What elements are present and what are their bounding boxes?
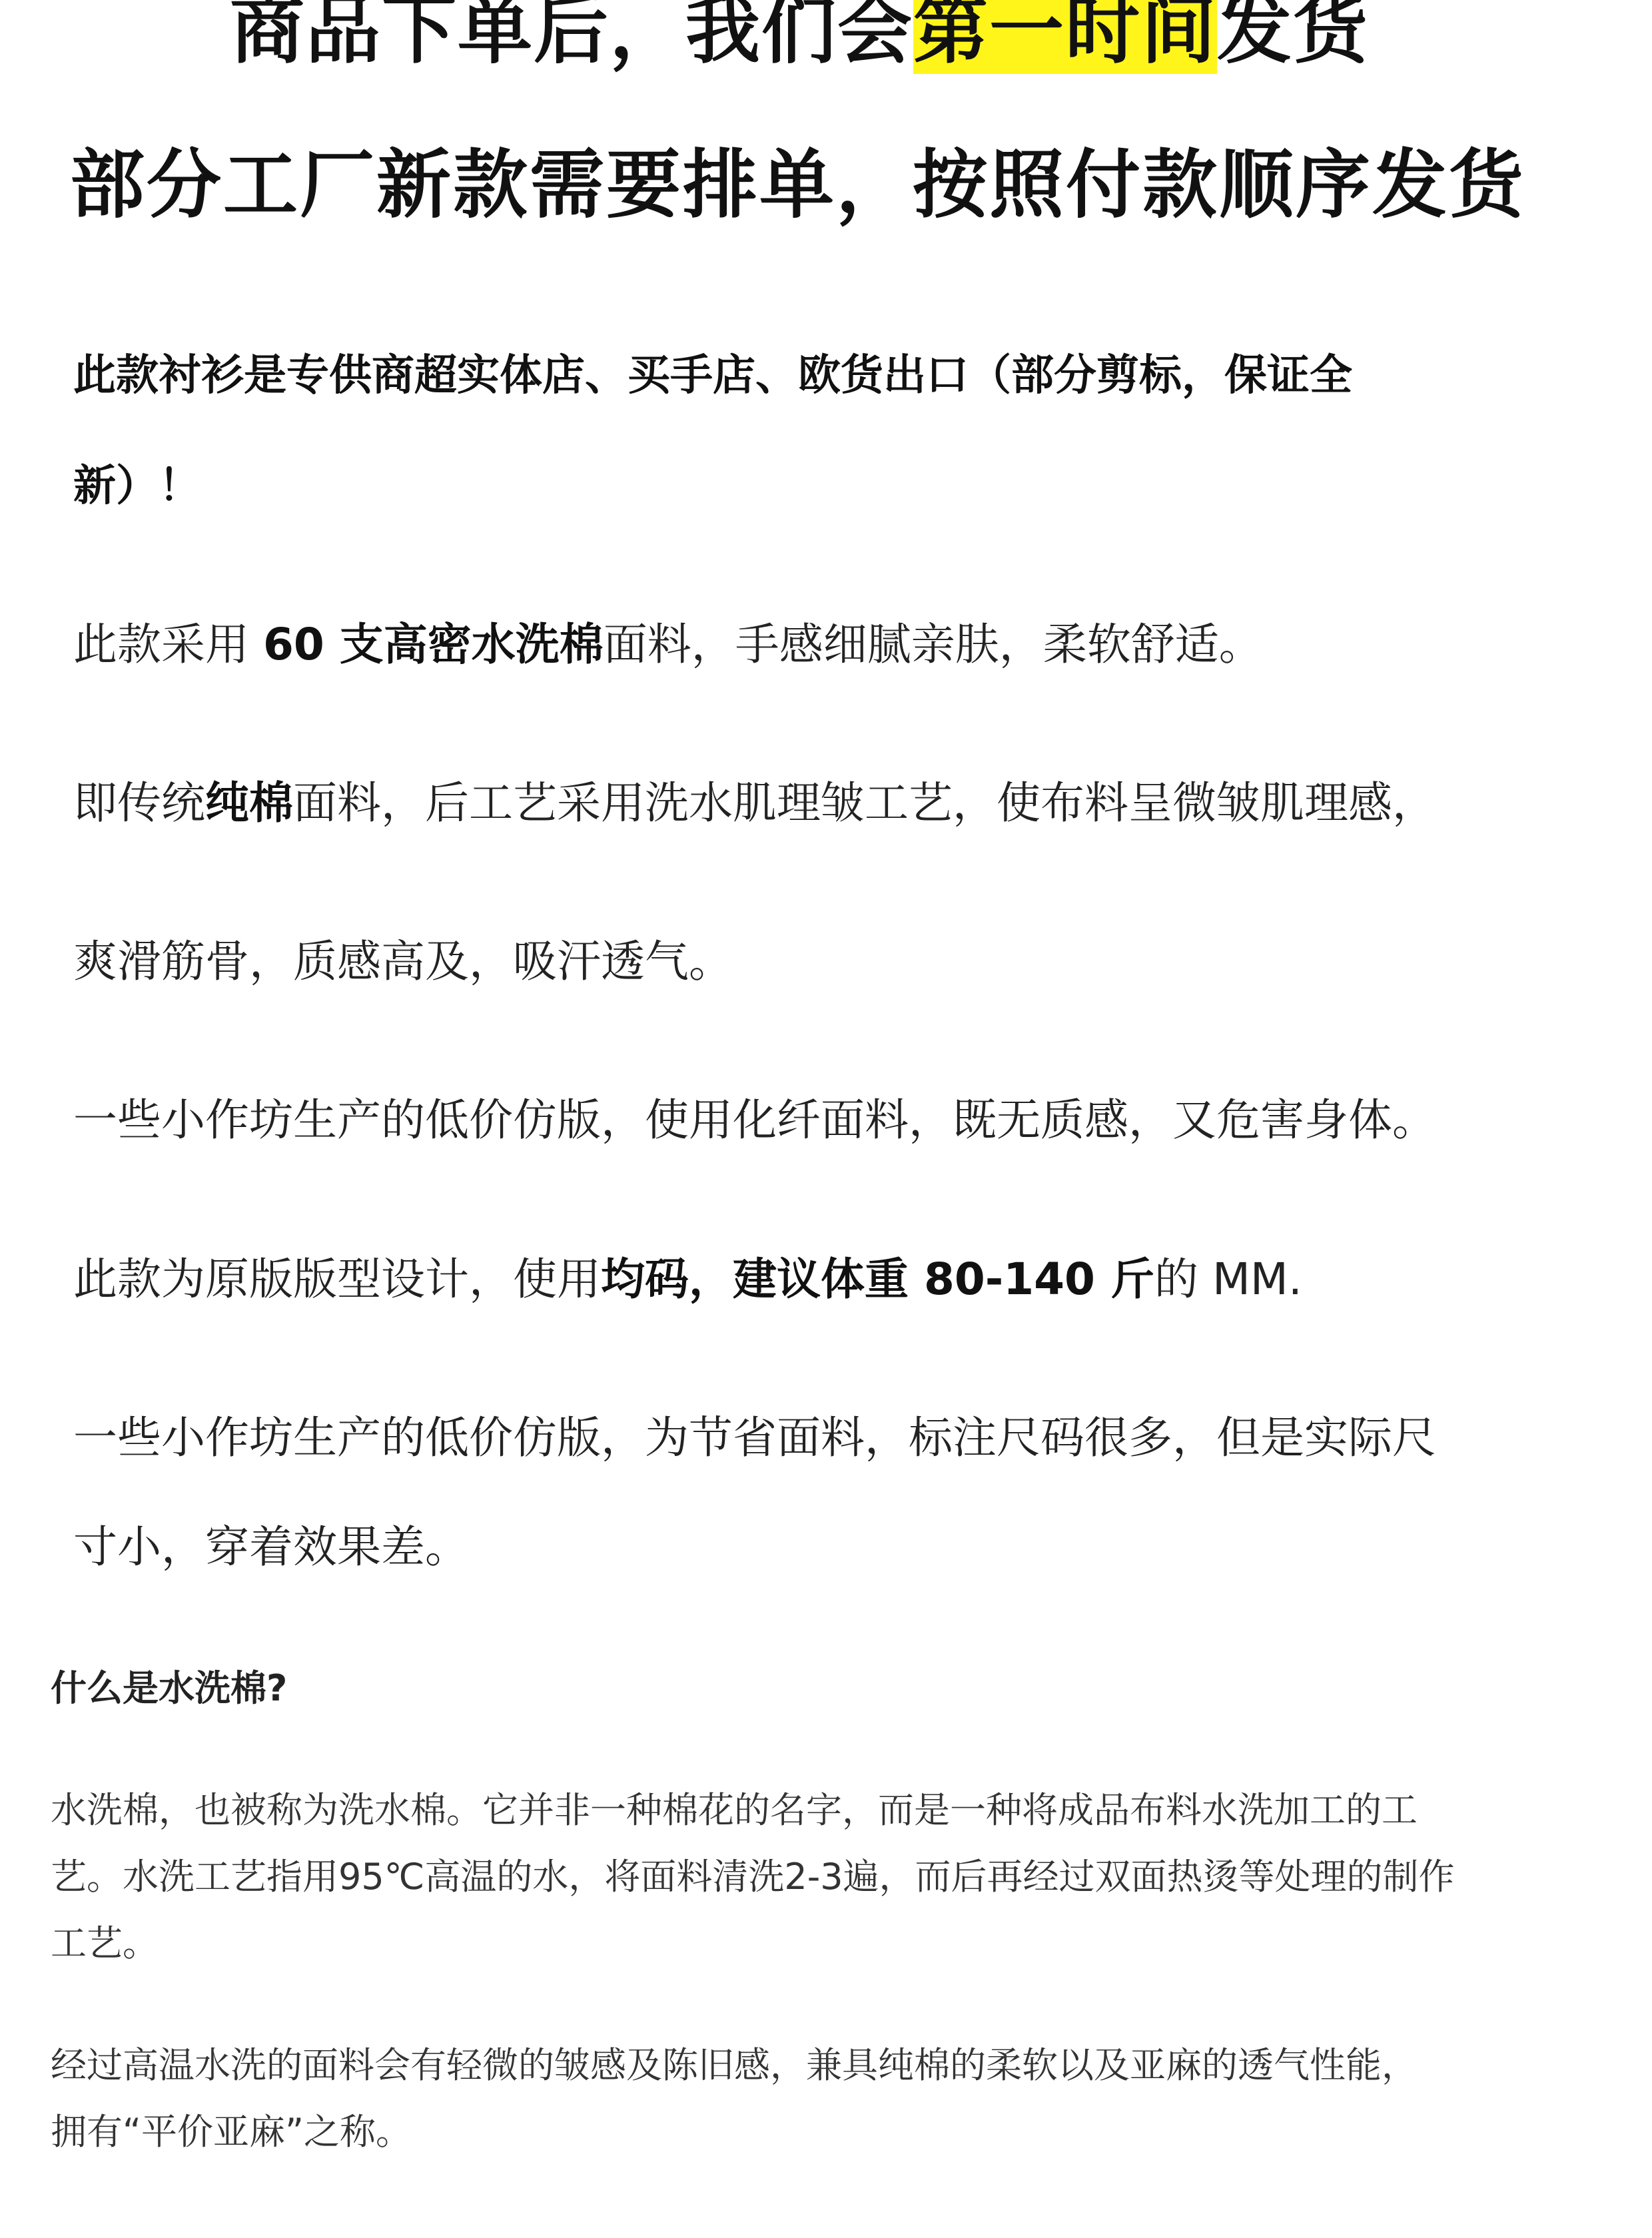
- headline-shipping-text-end: 发货: [1217, 0, 1369, 74]
- fabric-bold: 60 支高密水洗棉: [263, 619, 604, 670]
- intro-line-1: 此款衬衫是专供商超实体店、买手店、欧货出口（部分剪标，保证全: [73, 349, 1352, 402]
- fabric-paragraph-2: 即传统纯棉面料，后工艺采用洗水肌理皱工艺，使布料呈微皱肌理感，: [73, 777, 1436, 830]
- sizing-comma: ，: [689, 1254, 733, 1305]
- sizing-paragraph-2-line-1: 一些小作坊生产的低价仿版，为节省面料，标注尺码很多，但是实际尺: [73, 1411, 1436, 1465]
- faq-paragraph-1-line-2: 艺。水洗工艺指用95℃高温的水，将面料清洗2-3遍，而后再经过双面热烫等处理的制…: [51, 1854, 1455, 1900]
- sizing-bold-one-size: 均码: [601, 1254, 689, 1305]
- faq-paragraph-1-line-1: 水洗棉，也被称为洗水棉。它并非一种棉花的名字，而是一种将成品布料水洗加工的工: [51, 1787, 1418, 1834]
- fabric-bold: 纯棉: [205, 777, 293, 829]
- sizing-paragraph-2-line-2: 寸小，穿着效果差。: [73, 1521, 469, 1574]
- faq-heading: 什么是水洗棉?: [51, 1665, 287, 1712]
- sizing-text-end: 的 MM.: [1154, 1254, 1302, 1305]
- intro-line-2: 新）！: [73, 460, 201, 513]
- fabric-text-end: 面料，手感细腻亲肤，柔软舒适。: [604, 619, 1263, 670]
- faq-paragraph-2-line-2: 拥有“平价亚麻”之称。: [51, 2109, 412, 2155]
- fabric-text: 此款采用: [73, 619, 263, 670]
- fabric-text: 即传统: [73, 777, 205, 829]
- fabric-paragraph-4: 一些小作坊生产的低价仿版，使用化纤面料，既无质感，又危害身体。: [73, 1094, 1436, 1147]
- fabric-paragraph-3: 爽滑筋骨，质感高及，吸汗透气。: [73, 935, 733, 988]
- sizing-text: 此款为原版版型设计，使用: [73, 1254, 601, 1305]
- faq-paragraph-2-line-1: 经过高温水洗的面料会有轻微的皱感及陈旧感，兼具纯棉的柔软以及亚麻的透气性能，: [51, 2042, 1418, 2089]
- sizing-paragraph-1: 此款为原版版型设计，使用均码，建议体重 80-140 斤的 MM.: [73, 1253, 1302, 1306]
- fabric-paragraph-1: 此款采用 60 支高密水洗棉面料，手感细腻亲肤，柔软舒适。: [73, 618, 1263, 671]
- fabric-text-end: 面料，后工艺采用洗水肌理皱工艺，使布料呈微皱肌理感，: [293, 777, 1436, 829]
- headline-shipping: 商品下单后，我们会第一时间发货: [230, 0, 1369, 71]
- sizing-bold-weight: 建议体重 80-140 斤: [733, 1254, 1154, 1305]
- highlighted-phrase: 第一时间: [913, 0, 1217, 74]
- headline-shipping-text: 商品下单后，我们会: [230, 0, 913, 74]
- faq-paragraph-1-line-3: 工艺。: [51, 1920, 159, 1967]
- headline-queue: 部分工厂新款需要排单，按照付款顺序发货: [70, 145, 1525, 225]
